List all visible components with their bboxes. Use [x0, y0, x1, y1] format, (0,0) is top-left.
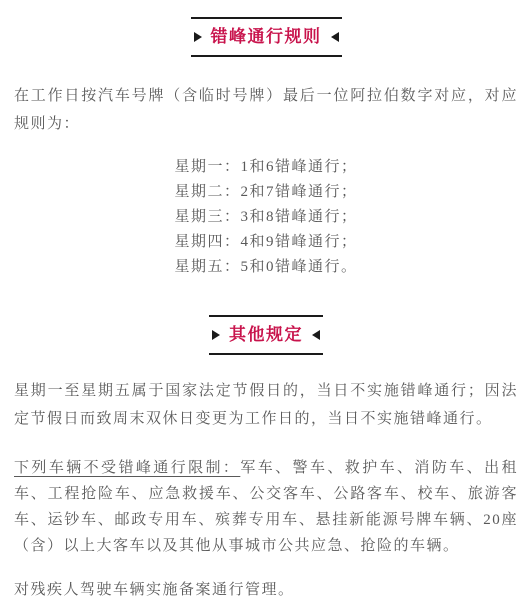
exempt-lead-underlined: 下列车辆不受错峰通行限制：: [14, 460, 240, 476]
intro-paragraph: 在工作日按汽车号牌（含临时号牌）最后一位阿拉伯数字对应，对应规则为：: [14, 82, 518, 138]
section-title-staggered-rules: 错峰通行规则: [211, 27, 322, 47]
list-item-wednesday: 星期三：3和8错峰通行；: [0, 205, 532, 230]
section-header-other-rules: 其他规定: [209, 315, 323, 355]
holiday-rule-paragraph: 星期一至星期五属于国家法定节假日的，当日不实施错峰通行；因法定节假日而致周末双休…: [14, 377, 518, 433]
weekday-schedule-list: 星期一：1和6错峰通行； 星期二：2和7错峰通行； 星期三：3和8错峰通行； 星…: [0, 155, 532, 280]
list-item-thursday: 星期四：4和9错峰通行；: [0, 230, 532, 255]
section-title-other-rules: 其他规定: [229, 325, 303, 345]
triangle-right-icon: [212, 330, 220, 340]
triangle-left-icon: [331, 32, 339, 42]
staggered-rules-header-wrap: 错峰通行规则: [0, 0, 532, 57]
disabled-drivers-paragraph: 对残疾人驾驶车辆实施备案通行管理。: [14, 576, 518, 604]
list-item-friday: 星期五：5和0错峰通行。: [0, 255, 532, 280]
traffic-rules-page: 错峰通行规则 在工作日按汽车号牌（含临时号牌）最后一位阿拉伯数字对应，对应规则为…: [0, 0, 532, 607]
exempt-vehicles-paragraph: 下列车辆不受错峰通行限制：军车、警车、救护车、消防车、出租车、工程抢险车、应急救…: [14, 455, 518, 559]
triangle-left-icon: [312, 330, 320, 340]
section-header-staggered-rules: 错峰通行规则: [191, 17, 342, 57]
triangle-right-icon: [194, 32, 202, 42]
list-item-monday: 星期一：1和6错峰通行；: [0, 155, 532, 180]
other-rules-header-wrap: 其他规定: [0, 280, 532, 355]
list-item-tuesday: 星期二：2和7错峰通行；: [0, 180, 532, 205]
